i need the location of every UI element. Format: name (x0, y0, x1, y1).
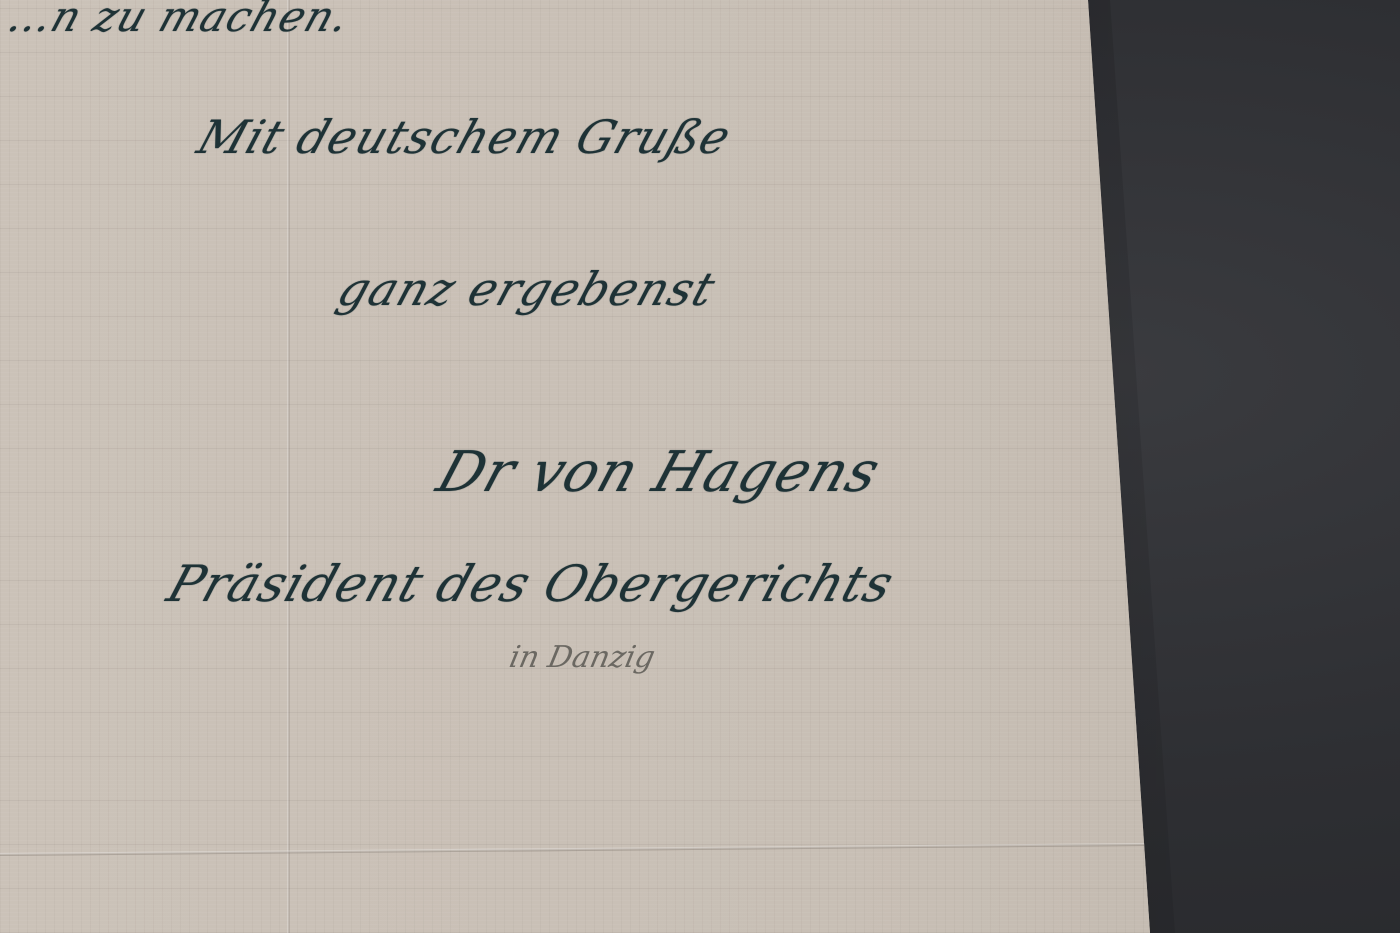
pencil-annotation: in Danzig (506, 640, 658, 675)
closing-formula: ganz ergebenst (331, 262, 722, 316)
horizontal-fold-crease (0, 843, 1148, 856)
signature-title: Präsident des Obergerichts (161, 555, 902, 613)
signature-name: Dr von Hagens (429, 440, 888, 505)
letter-line-partial: …n zu machen. (2, 0, 357, 41)
closing-greeting: Mit deutschem Gruße (191, 110, 738, 164)
